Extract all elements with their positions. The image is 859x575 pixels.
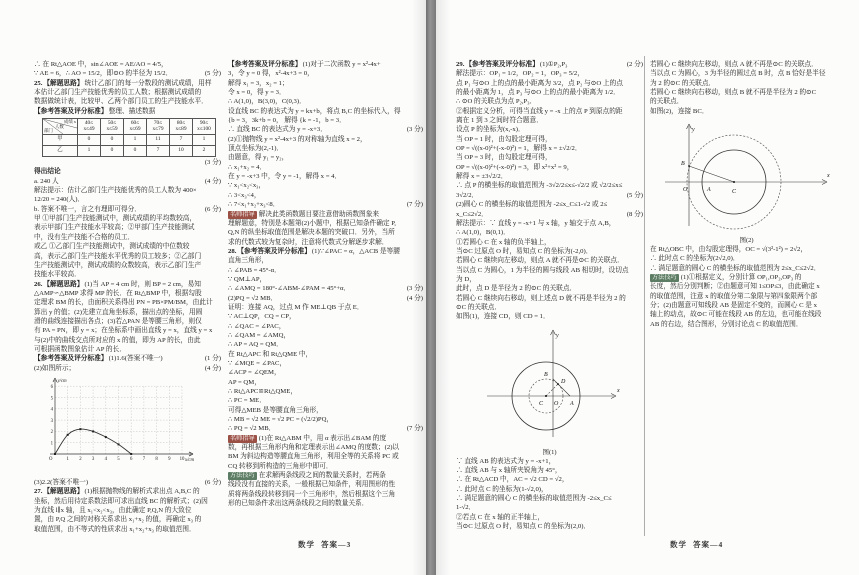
text-line: 如图(2)，连接 BC． <box>650 107 843 116</box>
line-text: ∴ 在 Rt△ACD 中，AC = √2 CD = √2， <box>456 475 643 484</box>
line-text: 12/20 = 240(人)． <box>34 195 221 204</box>
section-badge: 方法技巧 <box>228 472 257 480</box>
score-label: (2 分) <box>624 60 643 69</box>
text-line: 12/20 = 240(人)． <box>34 195 221 204</box>
text-line: ∴ 直线 AB 与 x 轴所夹锐角为 45°， <box>456 466 643 475</box>
line-text: 为 D， <box>456 275 643 284</box>
line-text: 线段没有直接的关系，一般根据已知条件，利用图形的性 <box>228 480 423 489</box>
x-axis-label: x/cm <box>184 458 195 463</box>
section-badge: 名师指导 <box>228 435 257 443</box>
text-line: 令 x = 0，得 y = 3． <box>228 88 423 97</box>
y-tick-label: 4 <box>51 408 54 413</box>
text-line: ∴ x₁+x₂ = 4． <box>228 163 423 172</box>
text-line: 若圆心 C 继续向右移动，则点 B 就不再是半径为 2 的⊙C <box>650 88 843 97</box>
bold-label: 【参考答案及评分标准】 <box>34 354 109 363</box>
text-line: ∴ ∠QAM = ∠AMQ， <box>228 331 423 340</box>
text-line: BM 为斜边构造等腰直角三角形，利用全等的关系将 PC 或 <box>228 452 423 461</box>
x-tick-label: 5 <box>117 457 120 462</box>
text-line: a. 240 人(4 分) <box>34 177 221 186</box>
line-text: 置，由 P,Q 之间的对称关系求出 x₁+x₂ 的值，再确定 x₃ 的 <box>34 515 221 524</box>
line-text: 设点 P 的坐标为(x,-x)． <box>456 125 643 134</box>
line-text: ∴ ∠PAB = 45°-α． <box>228 266 423 275</box>
text-line: 高，表示乙部门生产技能水平优秀的员工较多；②乙部门 <box>34 252 221 261</box>
score-label: (4 分) <box>202 364 221 373</box>
y-tick-label: 3 <box>51 419 54 424</box>
text-line: ∴ 满足题意的圆心 C 的横坐标的取值范围为 -2≤x_C≤ <box>456 494 643 503</box>
line-text: ∴ ∠QAC = ∠PAC， <box>228 322 423 331</box>
figure-caption: 图(2) <box>650 235 843 244</box>
line-text: CQ 转移到所构造的三角形中即可． <box>228 462 423 471</box>
text-line: ∴ AP = AQ = QM． <box>228 340 423 349</box>
text-line: 在 y = -x+3 中，令 y = -1，解得 x = 4． <box>228 172 423 181</box>
line-text: ②若点 C 在 x 轴的正半轴上， <box>456 513 643 522</box>
text-line: ∴ ∠AMQ = 180°-∠ABM-∠PAM = 45°+α．(3 分) <box>228 284 423 293</box>
question-number: 28. <box>228 247 237 256</box>
line-text: ∴ A(1,0)，B(3,0)，C(0,3)． <box>228 97 423 106</box>
text-line: 求的代数式较为复杂时，注意将代数式分解逐步求解． <box>228 238 423 247</box>
line-text: 当以点 C 为圆心，1 为半径的圆与线段 AB 相切时，设切点 <box>456 266 643 275</box>
line-text: ∴ ∠QAM = ∠AMQ， <box>228 331 423 340</box>
text-line: 甲 ①甲部门生产技能测试中，测试成绩的平均数较高， <box>34 214 221 223</box>
text-line: 解法提示：∵ 直线 y = -x+1 与 x 轴，y 轴交于点 A,B， <box>456 219 643 228</box>
line-text: 令 x = 0，得 y = 3． <box>228 88 423 97</box>
text-line: {b = 3，3k+b = 0， 解得 {k = -1，b = 3． <box>228 116 423 125</box>
section-badge: 名师指导 <box>228 211 257 219</box>
row-label: 甲 <box>43 135 78 146</box>
line-text: (3)2.2(答案不唯一) <box>34 478 202 487</box>
column-divider <box>644 56 645 536</box>
score-label: (3 分) <box>404 284 423 293</box>
text-line: ∴ A(1,0)，B(0,1)． <box>456 228 643 237</box>
point-label-B: B <box>681 161 685 167</box>
table-header-cell: 90≤ x≤100 <box>193 119 216 135</box>
line-text: AB 的右边，结合图形，分别讨论点 C 的取值范围． <box>650 320 843 329</box>
text-line: 线段没有直接的关系，一般根据已知条件，利用图形的性 <box>228 480 423 489</box>
line-text: (1)①P₂,P₃ <box>540 60 624 69</box>
table-row: 甲0011171 <box>43 135 216 146</box>
score-distribution-table: 成绩 x人数部门40≤ x≤4950≤ x≤5960≤ x≤6970≤ x≤79… <box>42 118 216 157</box>
text-line: OP = √((x-0)²+(-x-0)²) = 1，解得 x = ±√2/2． <box>456 144 643 153</box>
score-label: (4 分) <box>404 294 423 303</box>
text-line: 数据做统计表，比较甲、乙两个部门员工的生产技能水平． <box>34 97 221 106</box>
text-line: 得出结论 <box>34 167 221 176</box>
bold-label: 【解题思路】 <box>43 280 84 289</box>
text-line: 表示甲部门生产技能水平较高；②甲部门生产技能测试 <box>34 223 221 232</box>
line-text: 若圆心 C 继续向右移动，则点 B 就不再是半径为 2 的⊙C <box>650 88 843 97</box>
line-text: 在求解两条线段之间的数量关系时，若两条 <box>259 471 423 480</box>
line-text: ∴ 7<x₁+x₂+x₃<8． <box>228 200 404 209</box>
text-line: 或乙 ①乙部门生产技能测试中，测试成绩的中位数较 <box>34 242 221 251</box>
line-text: 3√2/2． <box>456 191 624 200</box>
text-line: 28.【参考答案及评分标准】(1)∵∠PAC = α，△ACB 是等腰 <box>228 247 423 256</box>
text-line: 置，由 P,Q 之间的对称关系求出 x₁+x₂ 的值，再确定 x₃ 的 <box>34 515 221 524</box>
figure-1: y x B D C O A 图(1) <box>456 324 643 456</box>
text-line: (2)如图所示；(4 分) <box>34 364 221 373</box>
line-text: 数，再根据三角形内角和定理表示出∠AMQ 的度数；(2)以 <box>228 443 423 452</box>
question-number: 26. <box>34 280 43 289</box>
bold-label: 【解题思路】 <box>43 487 84 496</box>
page-gutter <box>426 0 436 575</box>
line-text: (1)对于二次函数 y = x²-4x+ <box>303 60 423 69</box>
function-graph: 12345678910123456Oy/cmx/cm <box>40 374 221 477</box>
line-text: 数据做统计表，比较甲、乙两个部门员工的生产技能水平． <box>34 97 221 106</box>
text-line: ∴ ∠QAC = ∠PAC， <box>228 322 423 331</box>
line-text: 甲 ①甲部门生产技能测试中，测试成绩的平均数较高， <box>34 214 221 223</box>
line-text: 生产技能测试中，测试成绩的众数较高，表示乙部门生产 <box>34 261 221 270</box>
line-text: 当 OP = 3 时，由勾股定理可得， <box>456 153 643 162</box>
footer-page-label: 答案—4 <box>693 540 723 549</box>
text-line: ∴ Rt△APC≌Rt△QME， <box>228 387 423 396</box>
line-text: ∴ PC = ME． <box>228 396 423 405</box>
line-text: 直角三角形， <box>228 256 423 265</box>
line-text: ∴ 直线 AB 与 x 轴所夹锐角为 45°， <box>456 466 643 475</box>
text-line: △AMP∽△BMP 求得 MP 的长．在 Rt△BMP 中，根据勾股 <box>34 289 221 298</box>
point-label-A: A <box>706 187 711 193</box>
table-value-cell: 0 <box>124 146 147 157</box>
stats-table: 成绩 x人数部门40≤ x≤4950≤ x≤5960≤ x≤6970≤ x≤79… <box>42 118 221 157</box>
text-line: 形的已知条件求出这两条线段之间的数量关系． <box>228 499 423 508</box>
answer-column-4: 若圆心 C 继续向左移动，则点 A 就不再是⊙C 的关联点．当以点 C 为圆心，… <box>650 60 843 329</box>
line-text: b. 答案不唯一，言之有理即可得分． <box>34 205 202 214</box>
text-line: 25.【解题思路】统计乙部门的每一分数段的测试成绩，用样 <box>34 79 221 88</box>
text-line: 解得 x₁ = 3，x₂ = 1； <box>228 79 423 88</box>
line-text: OP = √((x-0)²+(-x-0)²) = 3，即 x²+x² = 9， <box>456 163 643 172</box>
y-tick-label: 6 <box>51 385 54 390</box>
text-line: 【参考答案及评分标准】整理、描述数据 <box>34 107 221 116</box>
line-text: (2)PQ = √2 MB． <box>228 294 404 303</box>
figure-2: y x B O A C 图(2) <box>650 118 843 244</box>
line-text: ∠ACP = ∠QEM， <box>228 368 423 377</box>
x-tick-label: 3 <box>92 457 95 462</box>
line-text: 设直线 BC 的表达式为 y = kx+b，将点 B,C 的坐标代入，得 <box>228 107 423 116</box>
point-label-O: O <box>683 187 688 193</box>
table-header-cell: 80≤ x≤89 <box>170 119 193 135</box>
figure-2-svg: y x B O A C <box>659 118 834 230</box>
line-text: ①若圆心 C 在 x 轴的负半轴上， <box>456 238 643 247</box>
text-line: 如图(1)，连接 CD，则 CD = 1． <box>456 312 643 321</box>
text-line: 滑的曲线连接描出各点；(3)若△PAN 是等腰三角形，则仅 <box>34 317 221 326</box>
text-line: 方法技巧在求解两条线段之间的数量关系时，若两条 <box>228 471 423 480</box>
line-text: (1)∵∠PAC = α，△ACB 是等腰 <box>312 247 423 256</box>
point-label-B: B <box>544 372 548 378</box>
line-text: 解得 x = ±3√2/2． <box>456 172 643 181</box>
bold-label: 【参考答案及评分标准】 <box>228 60 303 69</box>
text-line: 理解题意，特别是本题第(2)小题中，根据已知条件确定 P, <box>228 219 423 228</box>
line-text: ∴ AP = AQ = QM． <box>228 340 423 349</box>
text-line: 定理求 BM 的长，由面积关系得出 PN = PB×PM/BM，由此计 <box>34 298 221 307</box>
footer-subject: 数学 <box>670 540 687 549</box>
text-line: 顶点坐标为(2,-1)． <box>228 144 423 153</box>
text-line: 当 OP = 3 时，由勾股定理可得， <box>456 153 643 162</box>
y-axis-label: y/cm <box>57 379 68 384</box>
text-line: 为 2 的⊙C 的关联点． <box>650 79 843 88</box>
table-value-cell: 10 <box>170 146 193 157</box>
text-line: 可根据函数图象估计 AP 的长． <box>34 345 221 354</box>
score-label: (6 分) <box>202 205 221 214</box>
text-line: (3)2.2(答案不唯一)(6 分) <box>34 478 221 487</box>
line-text: (1)1.6(答案不唯一) <box>109 354 202 363</box>
axis-label-y: y <box>555 333 559 339</box>
text-line: 【参考答案及评分标准】(1)1.6(答案不唯一)(1 分) <box>34 354 221 363</box>
text-line: 轴上的动点，故⊙C 可能在线段 AB 的左边，也可能在线段 <box>650 310 843 319</box>
line-text: (2)如图所示； <box>34 364 202 373</box>
row-label: 乙 <box>43 146 78 157</box>
figure-1-svg: y x B D C O A <box>475 324 625 442</box>
text-line: 有 PA = PN，即 y = x；在坐标系中画出直线 y = x，直线 y =… <box>34 326 221 335</box>
corner-label-score: 成绩 x <box>64 120 76 125</box>
table-value-cell: 11 <box>147 135 170 146</box>
origin-label: O <box>49 457 53 462</box>
axis-label-x: x <box>616 388 620 394</box>
line-text: 当以点 C 为圆心，3 为半径的圆过点 B 时，点 B 恰好是半径 <box>650 69 843 78</box>
line-text: (1)根据抛物线的解析式求出点 A,B,C 的 <box>84 487 221 496</box>
text-line: ∠ACP = ∠QEM， <box>228 368 423 377</box>
text-line: 取值范围，由不等式的性质求出 x₁+x₂+x₃ 的取值范围． <box>34 525 221 534</box>
text-line: (2)①抛物线 y = x²-4x+3 的对称轴为直线 x = 2， <box>228 135 423 144</box>
line-text: ∵ ∠MQE = ∠PAC， <box>228 359 423 368</box>
text-line: b. 答案不唯一，言之有理即可得分．(6 分) <box>34 205 221 214</box>
table-value-cell: 0 <box>101 135 124 146</box>
text-line: 证明：连接 AQ，过点 M 作 ME⊥QB 于点 E． <box>228 303 423 312</box>
line-text: a. 240 人 <box>34 177 202 186</box>
line-text: ∴ 在 Rt△AOE 中，sin∠AOE = AE/AO = 4/5， <box>34 60 221 69</box>
line-text: 在 Rt△OBC 中，由勾股定理得，OC = √(3²-1²) = 2√2， <box>650 245 843 254</box>
text-line: ∴ ⊙O 的关联点为点 P₂,P₃． <box>456 97 643 106</box>
answer-column-1: ∴ 在 Rt△AOE 中，sin∠AOE = AE/AO = 4/5，∵ AE … <box>34 60 221 534</box>
text-line: CQ 转移到所构造的三角形中即可． <box>228 462 423 471</box>
line-text: ∴ PQ = √2 MB． <box>228 424 404 433</box>
score-label: (6 分) <box>202 478 221 487</box>
line-text: (1)在 Rt△ABM 中，用 α 表示出∠BAM 的度 <box>259 434 423 443</box>
text-line: ∴ 满足题意的圆心 C 的横坐标的取值范围为 2≤x_C≤2√2． <box>650 264 843 273</box>
text-line: 此时，点 D 是半径为 2 的⊙C 的关联点． <box>456 284 643 293</box>
line-text: 坐标，然后用待定系数法即可求出直线 BC 的解析式；(2)因 <box>34 497 221 506</box>
text-line: 与(2)中的曲线交点所对应的 x 的值，即为 AP 的长，由此 <box>34 336 221 345</box>
text-line: ②根据定义分析，可得当直线 y = -x 上的点 P 到原点的距 <box>456 107 643 116</box>
line-text: 的最小距离为 1，点 P₃ 与⊙O 上的点的最小距离为 1/2． <box>456 88 643 97</box>
line-text: 如图(2)，连接 BC． <box>650 107 843 116</box>
text-line: 中，没有生产技能不合格的员工． <box>34 233 221 242</box>
point-label-D: D <box>560 379 566 385</box>
table-value-cell: 7 <box>170 135 193 146</box>
text-line: 27.【解题思路】(1)根据抛物线的解析式求出点 A,B,C 的 <box>34 487 221 496</box>
line-text: ∵ AE = 6，∴ AO = 15/2，即⊙O 的半径为 15/2． <box>34 69 202 78</box>
table-value-cell: 7 <box>147 146 170 157</box>
text-line: ∴ 7<x₁+x₂+x₃<8．(7 分) <box>228 200 423 209</box>
line-text: ∴ 此时点 C 的坐标为(2√2,0)． <box>650 254 843 263</box>
question-number: 25. <box>34 79 43 88</box>
text-line: 点 P₁ 与⊙O 上的点的最小距离为 3/2，点 P₂ 与⊙O 上的点 <box>456 79 643 88</box>
text-line: 可得△MEB 是等腰直角三角形， <box>228 406 423 415</box>
x-tick-label: 6 <box>130 457 133 462</box>
line-text: 表示甲部门生产技能水平较高；②甲部门生产技能测试 <box>34 223 221 232</box>
line-text: AP = QM， <box>228 378 423 387</box>
line-text: ∴ x₁+x₂ = 4． <box>228 163 423 172</box>
line-text: BM 为斜边构造等腰直角三角形，利用全等的关系将 PC 或 <box>228 452 423 461</box>
line-text: 由题意，得 y₁ = y₂， <box>228 153 423 162</box>
line-text: {b = 3，3k+b = 0， 解得 {k = -1，b = 3． <box>228 116 423 125</box>
text-line: 离在 1 到 3 之间时符合题意． <box>456 116 643 125</box>
text-line: 质将两条线段转移到同一个三角形中，然后根据这个三角 <box>228 490 423 499</box>
line-text: 解法提示：OP₁ = 1/2，OP₂ = 1，OP₃ = 5/2， <box>456 69 643 78</box>
footer-page-label: 答案—3 <box>321 540 351 549</box>
line-text: ∵ AC⊥QP，CQ = CP， <box>228 312 423 321</box>
line-text: 本估计乙部门生产技能优秀的员工人数；根据测试成绩的 <box>34 88 221 97</box>
line-text: ∴ MB = √2 ME = √2 PC = (√2/2)PQ， <box>228 415 423 424</box>
text-line: 方法技巧(1)①根据定义，分别计算 OP₁,OP₂,OP₃ 的 <box>650 273 843 282</box>
text-line: ∴ 在 Rt△ACD 中，AC = √2 CD = √2， <box>456 475 643 484</box>
text-line: 1-√2． <box>456 503 643 512</box>
point-label-A: A <box>569 401 574 407</box>
corner-label-count: 人数 <box>55 125 64 130</box>
text-line: ①若圆心 C 在 x 轴的负半轴上， <box>456 238 643 247</box>
text-line: ∴ 3<x₃<4， <box>228 191 423 200</box>
line-text: 可根据函数图象估计 AP 的长． <box>34 345 221 354</box>
table-value-cell: 2 <box>193 146 216 157</box>
table-header-cell: 70≤ x≤79 <box>147 119 170 135</box>
line-text: 高，表示乙部门生产技能水平优秀的员工较多；②乙部门 <box>34 252 221 261</box>
answer-column-3: 29.【参考答案及评分标准】(1)①P₂,P₃(2 分)解法提示：OP₁ = 1… <box>456 60 643 531</box>
text-line: 为直线 l∥x 轴，且 x₁<x₂<x₃，由此确定 P,Q,N 的大致位 <box>34 506 221 515</box>
x-tick-label: 1 <box>66 457 69 462</box>
line-text: ∴ Rt△APC≌Rt△QME， <box>228 387 423 396</box>
text-line: 算出 y 的值；(2)先建立直角坐标系，描出点的坐标，用圆 <box>34 308 221 317</box>
x-tick-label: 4 <box>105 457 108 462</box>
line-text: 求的代数式较为复杂时，注意将代数式分解逐步求解． <box>228 238 423 247</box>
text-line: ⊙C 的关联点． <box>456 303 643 312</box>
text-line: 分；(2)由题意可知线段 AB 是固定不变的，而圆心 C 是 x <box>650 301 843 310</box>
text-line: 当⊙C 过原点 O 时，易知点 C 的坐标为(-2,0)． <box>456 247 643 256</box>
text-line: (2)PQ = √2 MB．(4 分) <box>228 294 423 303</box>
score-label: (7 分) <box>404 200 423 209</box>
line-text: △AMP∽△BMP 求得 MP 的长．在 Rt△BMP 中，根据勾股 <box>34 289 221 298</box>
line-text: 证明：连接 AQ，过点 M 作 ME⊥QB 于点 E． <box>228 303 423 312</box>
text-line: ∵ 直线 AB 的表达式为 y = -x+1， <box>456 457 643 466</box>
text-line: 本估计乙部门生产技能优秀的员工人数；根据测试成绩的 <box>34 88 221 97</box>
text-line: ∵ QM⊥AP， <box>228 275 423 284</box>
line-text: 可得△MEB 是等腰直角三角形， <box>228 406 423 415</box>
axis-label-x: x <box>826 173 830 179</box>
line-text: 当⊙C 过原点 O 时，易知点 C 的坐标为(-2,0)． <box>456 247 643 256</box>
line-text: ∴ 直线 BC 的表达式为 y = -x+3． <box>228 125 404 134</box>
line-text: 有 PA = PN，即 y = x；在坐标系中画出直线 y = x，直线 y =… <box>34 326 221 335</box>
text-line: 解法提示：估计乙部门生产技能优秀的员工人数为 400× <box>34 186 221 195</box>
table-header-cell: 50≤ x≤59 <box>101 119 124 135</box>
line-text: ②根据定义分析，可得当直线 y = -x 上的点 P 到原点的距 <box>456 107 643 116</box>
bold-label: 【解题思路】 <box>43 79 84 88</box>
text-line: ∴ 此时点 C 的坐标为(1-√2,0)， <box>456 485 643 494</box>
line-text: 若圆心 C 继续向右移动，则上述点 D 就不再是半径为 2 的 <box>456 294 643 303</box>
line-text: 与(2)中的曲线交点所对应的 x 的值，即为 AP 的长，由此 <box>34 336 221 345</box>
score-label: (5 分) <box>624 191 643 200</box>
line-text: 若圆心 C 继续向左移动，则点 A 就不再是⊙C 的关联点． <box>650 60 843 69</box>
bold-label: 【参考答案及评分标准】 <box>237 247 312 256</box>
text-line: ∴ 点 P 的横坐标的取值范围为 -3√2/2≤x≤-√2/2 或 √2/2≤x… <box>456 181 643 190</box>
text-line: ∴ 直线 BC 的表达式为 y = -x+3．(3 分) <box>228 125 423 134</box>
line-text: 统计乙部门的每一分数段的测试成绩，用样 <box>84 79 221 88</box>
text-line: 解得 x = ±3√2/2． <box>456 172 643 181</box>
line-text: ∴ 满足题意的圆心 C 的横坐标的取值范围为 2≤x_C≤2√2． <box>650 264 843 273</box>
line-text: 长度，然后分别判断；②由题意可知 1≤OP≤3，由此确定 x <box>650 282 843 291</box>
text-line: ∵ x₁<x₂<x₃， <box>228 181 423 190</box>
line-text: 此时，点 D 是半径为 2 的⊙C 的关联点． <box>456 284 643 293</box>
line-text: ∴ 3<x₃<4， <box>228 191 423 200</box>
text-line: x_C≤2√2．(8 分) <box>456 210 643 219</box>
x-tick-label: 7 <box>143 457 146 462</box>
text-line: 的取值范围，注意 x 的取值分第二象限与第四象限两个部 <box>650 292 843 301</box>
text-line: 29.【参考答案及评分标准】(1)①P₂,P₃(2 分) <box>456 60 643 69</box>
line-text: 在 y = -x+3 中，令 y = -1，解得 x = 4． <box>228 172 423 181</box>
line-text: ∴ ⊙O 的关联点为点 P₂,P₃． <box>456 97 643 106</box>
table-row: 乙1007102 <box>43 146 216 157</box>
line-text: ∴ 点 P 的横坐标的取值范围为 -3√2/2≤x≤-√2/2 或 √2/2≤x… <box>456 181 643 190</box>
line-text: ∵ 直线 AB 的表达式为 y = -x+1， <box>456 457 643 466</box>
line-text: 1-√2． <box>456 503 643 512</box>
line-text: 解决此类函数题目要注意借助函数图象来 <box>259 210 423 219</box>
line-text: 解法提示：估计乙部门生产技能优秀的员工人数为 400× <box>34 186 221 195</box>
line-text: 取值范围，由不等式的性质求出 x₁+x₂+x₃ 的取值范围． <box>34 525 221 534</box>
text-line: 由题意，得 y₁ = y₂， <box>228 153 423 162</box>
line-text: (1)①根据定义，分别计算 OP₁,OP₂,OP₃ 的 <box>681 273 843 282</box>
line-text: 或乙 ①乙部门生产技能测试中，测试成绩的中位数较 <box>34 242 221 251</box>
line-text: 离在 1 到 3 之间时符合题意． <box>456 116 643 125</box>
line-text: 如图(1)，连接 CD，则 CD = 1． <box>456 312 643 321</box>
text-line: ∵ AC⊥QP，CQ = CP， <box>228 312 423 321</box>
line-text: 算出 y 的值；(2)先建立直角坐标系，描出点的坐标，用圆 <box>34 308 221 317</box>
line-text: ∵ QM⊥AP， <box>228 275 423 284</box>
text-line: 3√2/2．(5 分) <box>456 191 643 200</box>
line-text: (2)①抛物线 y = x²-4x+3 的对称轴为直线 x = 2， <box>228 135 423 144</box>
line-text: 定理求 BM 的长，由面积关系得出 PN = PB×PM/BM，由此计 <box>34 298 221 307</box>
line-text: ⊙C 的关联点． <box>456 303 643 312</box>
text-line: (2)圆心 C 的横坐标的取值范围为 -2≤x_C≤1-√2 或 2≤ <box>456 200 643 209</box>
point-label-C: C <box>539 401 544 407</box>
line-text: ∴ 满足题意的圆心 C 的横坐标的取值范围为 -2≤x_C≤ <box>456 494 643 503</box>
text-line: 生产技能测试中，测试成绩的众数较高，表示乙部门生产 <box>34 261 221 270</box>
line-text: 若圆心 C 继续向左移动，则点 A 就不再是⊙C 的关联点． <box>456 256 643 265</box>
text-line: 【参考答案及评分标准】(1)对于二次函数 y = x²-4x+ <box>228 60 423 69</box>
line-text: x_C≤2√2． <box>456 210 624 219</box>
score-label: (8 分) <box>624 210 643 219</box>
text-line: 坐标，然后用待定系数法即可求出直线 BC 的解析式；(2)因 <box>34 497 221 506</box>
text-line: ∴ PQ = √2 MB．(7 分) <box>228 424 423 433</box>
text-line: 设直线 BC 的表达式为 y = kx+b，将点 B,C 的坐标代入，得 <box>228 107 423 116</box>
text-line: ∵ ∠MQE = ∠PAC， <box>228 359 423 368</box>
text-line: ∴ MB = √2 ME = √2 PC = (√2/2)PQ， <box>228 415 423 424</box>
line-text: 当⊙C 过原点 O 时，易知点 C 的坐标为(2,0)． <box>456 522 643 531</box>
table-value-cell: 1 <box>193 135 216 146</box>
text-line: ∵ AE = 6，∴ AO = 15/2，即⊙O 的半径为 15/2．(5 分) <box>34 69 221 78</box>
text-line: AP = QM， <box>228 378 423 387</box>
text-line: ∴ ∠PAB = 45°-α． <box>228 266 423 275</box>
text-line: 直角三角形， <box>228 256 423 265</box>
score-label: (3 分) <box>202 158 221 167</box>
table-header-cell: 60≤ x≤69 <box>124 119 147 135</box>
figure-caption: 图(1) <box>456 447 643 456</box>
table-value-cell: 1 <box>78 146 101 157</box>
x-tick-label: 2 <box>79 457 82 462</box>
text-line: ∴ 在 Rt△AOE 中，sin∠AOE = AE/AO = 4/5， <box>34 60 221 69</box>
score-label: (5 分) <box>202 69 221 78</box>
table-value-cell: 1 <box>124 135 147 146</box>
table-header-cell: 40≤ x≤49 <box>78 119 101 135</box>
line-text: 解得 x₁ = 3，x₂ = 1； <box>228 79 423 88</box>
text-line: ②若点 C 在 x 轴的正半轴上， <box>456 513 643 522</box>
text-line: 名师指导(1)在 Rt△ABM 中，用 α 表示出∠BAM 的度 <box>228 434 423 443</box>
page-footer-right: 数学答案—4 <box>670 539 729 550</box>
table-value-cell: 0 <box>78 135 101 146</box>
line-text: ∴ ∠AMQ = 180°-∠ABM-∠PAM = 45°+α． <box>228 284 404 293</box>
